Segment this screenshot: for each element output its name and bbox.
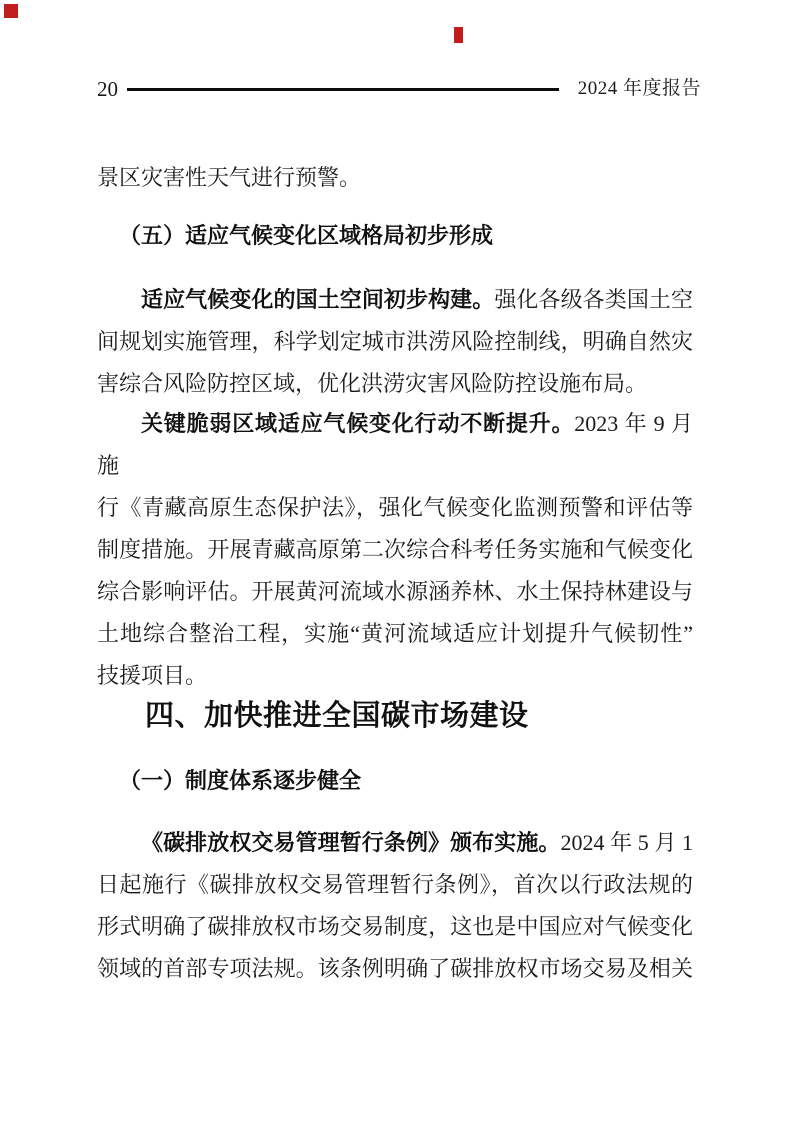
paragraph-carbon-regulation: 《碳排放权交易管理暂行条例》颁布实施。2024 年 5 月 1 日起施行《碳排放…: [97, 822, 693, 990]
body-line: 适应气候变化的国土空间初步构建。强化各级各类国土空: [97, 279, 693, 321]
body-line: 技援项目。: [97, 655, 693, 697]
paragraph-lead: 《碳排放权交易管理暂行条例》颁布实施。: [141, 830, 561, 855]
body-text: 2024 年 5 月 1: [561, 830, 693, 855]
body-line: 害综合风险防控区域，优化洪涝灾害风险防控设施布局。: [97, 363, 693, 405]
header-rule: [127, 88, 559, 91]
paragraph-land-space: 适应气候变化的国土空间初步构建。强化各级各类国土空 间规划实施管理，科学划定城市…: [97, 279, 693, 405]
paragraph-lead: 关键脆弱区域适应气候变化行动不断提升。: [141, 411, 574, 436]
body-line: 间规划实施管理，科学划定城市洪涝风险控制线，明确自然灾: [97, 321, 693, 363]
body-line: 行《青藏高原生态保护法》，强化气候变化监测预警和评估等: [97, 487, 693, 529]
body-text: 强化各级各类国土空: [494, 287, 693, 312]
body-line: 综合影响评估。开展黄河流域水源涵养林、水土保持林建设与: [97, 571, 693, 613]
section-heading-1: （一）制度体系逐步健全: [97, 767, 693, 795]
body-line: 景区灾害性天气进行预警。: [97, 157, 693, 199]
body-line: 日起施行《碳排放权交易管理暂行条例》，首次以行政法规的: [97, 864, 693, 906]
chapter-heading-4: 四、加快推进全国碳市场建设: [97, 699, 737, 733]
document-page: 20 2024 年度报告 景区灾害性天气进行预警。 （五）适应气候变化区域格局初…: [0, 0, 791, 1127]
section-heading-5: （五）适应气候变化区域格局初步形成: [97, 222, 693, 250]
scan-artifact-header-mark: [454, 27, 463, 43]
scan-artifact-corner-mark: [4, 4, 18, 18]
paragraph-vulnerable-regions: 关键脆弱区域适应气候变化行动不断提升。2023 年 9 月施 行《青藏高原生态保…: [97, 403, 693, 697]
paragraph-lead: 适应气候变化的国土空间初步构建。: [141, 287, 494, 312]
page-number: 20: [97, 76, 118, 102]
body-line: 形式明确了碳排放权市场交易制度，这也是中国应对气候变化: [97, 906, 693, 948]
carryover-paragraph: 景区灾害性天气进行预警。: [97, 157, 693, 199]
body-line: 关键脆弱区域适应气候变化行动不断提升。2023 年 9 月施: [97, 403, 693, 487]
body-line: 领域的首部专项法规。该条例明确了碳排放权市场交易及相关: [97, 948, 693, 990]
running-header: 20 2024 年度报告: [97, 76, 701, 102]
body-line: 《碳排放权交易管理暂行条例》颁布实施。2024 年 5 月 1: [97, 822, 693, 864]
body-line: 土地综合整治工程，实施“黄河流域适应计划提升气候韧性”: [97, 613, 693, 655]
body-line: 制度措施。开展青藏高原第二次综合科考任务实施和气候变化: [97, 529, 693, 571]
report-title: 2024 年度报告: [578, 76, 701, 102]
